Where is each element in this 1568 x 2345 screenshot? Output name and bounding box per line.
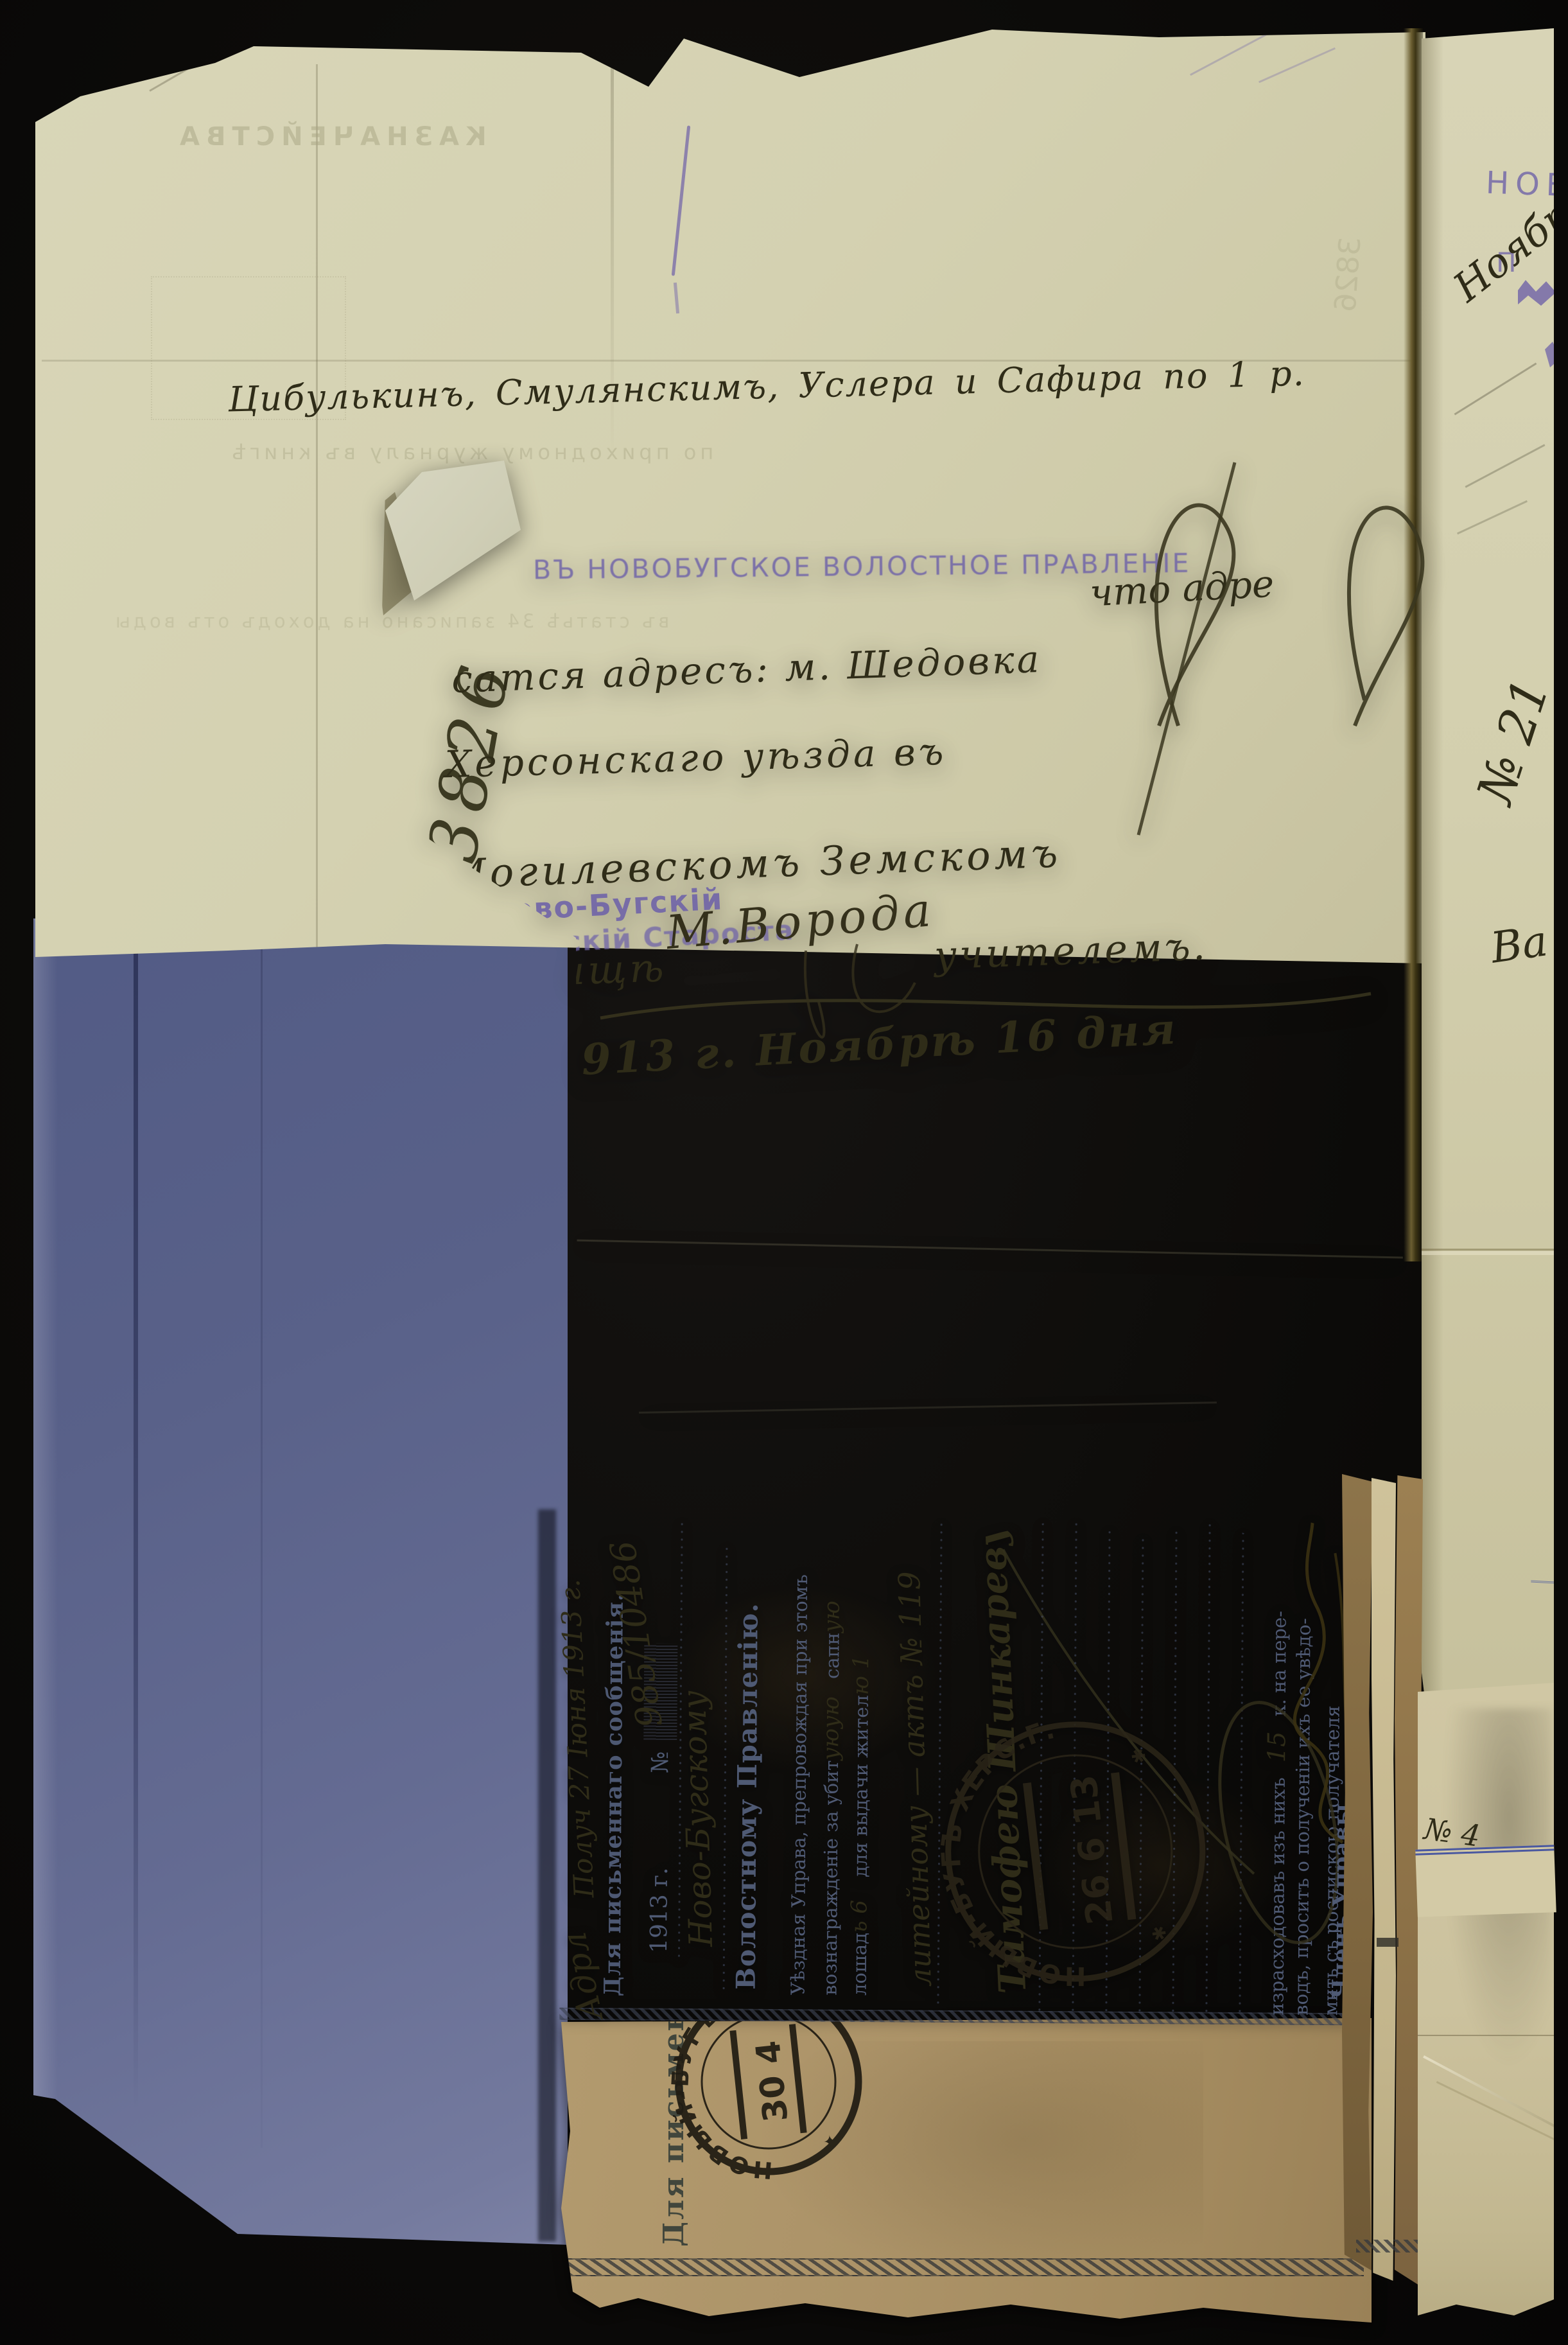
body2-ins-b: ую bbox=[819, 1601, 844, 1633]
body3-print-b: для выдачи жител bbox=[849, 1695, 873, 1877]
card1-body2: вознагражденіе за убитуюую сапную bbox=[817, 1601, 845, 1996]
card1-rotated-content: Адрл Получ 27 Іюня 1913 г. Для письменна… bbox=[552, 1502, 1358, 2035]
folded-strips bbox=[1342, 1474, 1424, 2296]
pencil-scribble-left-2 bbox=[149, 51, 216, 92]
central-paper: 3826 ВЪ НОВОБУГСКОЕ ВОЛОСТНОЕ ПРАВЛЕНІЕ … bbox=[369, 405, 1425, 1554]
card2-border-hatch bbox=[568, 2258, 1364, 2276]
hw-partial-va: Ва bbox=[1488, 916, 1551, 972]
strip-dark-dash bbox=[1377, 1938, 1398, 1947]
svg-text:✱: ✱ bbox=[1148, 1924, 1171, 1942]
svg-text:26 6 13: 26 6 13 bbox=[1063, 1773, 1121, 1927]
hw-line5b: учителемъ. bbox=[934, 924, 1208, 979]
hw-line3: Херсонскаго уѣзда въ bbox=[444, 730, 947, 786]
bleedthrough-title: КАЗНАЧЕЙСТВА bbox=[173, 122, 487, 152]
fold-crease-vertical bbox=[316, 64, 318, 957]
stamp-blot-2 bbox=[1545, 342, 1568, 367]
svg-text:✦: ✦ bbox=[821, 2133, 841, 2149]
stamp-blot bbox=[1518, 280, 1568, 306]
signature-flourish bbox=[645, 906, 966, 1073]
right-paper-seam bbox=[1422, 1249, 1554, 1251]
strip-cream bbox=[1372, 1478, 1396, 2281]
folder-corner-fold bbox=[44, 2084, 256, 2251]
body2-ins-a: ую bbox=[818, 1728, 844, 1761]
bleedthrough-number: 3826 bbox=[1328, 236, 1368, 313]
card1-lined-form: Адрл Получ 27 Іюня 1913 г. Для письменна… bbox=[552, 1502, 1358, 2035]
svg-text:НОВЫЙ-БУГЪ ХЕРС.Г.: НОВЫЙ-БУГЪ ХЕРС.Г. bbox=[921, 1714, 1090, 2006]
archive-photo-scene: КАЗНАЧЕЙСТВА по приходному журналу въ кн… bbox=[0, 0, 1568, 2345]
right-paper: НОВ П Ноябр № 21 Ва bbox=[1422, 28, 1554, 1737]
right-bottom-column bbox=[1418, 1683, 1554, 2325]
card1-addressee-printed: Волостному Правленію. bbox=[731, 1603, 764, 1990]
paper-wrinkle bbox=[388, 1235, 1403, 1258]
ruled-dotline bbox=[723, 1543, 728, 1992]
svg-text:✱: ✱ bbox=[1128, 1747, 1150, 1764]
card1-no-sign: № bbox=[647, 1752, 674, 1773]
body2-print-a: вознагражденіе за убит bbox=[819, 1760, 843, 1995]
column-crease bbox=[1418, 2035, 1554, 2036]
hw-number-21: № 21 bbox=[1467, 672, 1561, 811]
card1-wrap: Адрл Получ 27 Іюня 1913 г. Для письменна… bbox=[553, 1504, 1356, 2032]
column-diagonal-fold-2 bbox=[1436, 2081, 1568, 2150]
pencil-scribble-left bbox=[96, 33, 206, 71]
folder-crease-dark bbox=[134, 921, 138, 2109]
blue-rule-fragment-small bbox=[1531, 1581, 1567, 1591]
card2-brown-form: Для письменнаго НОВЫЙ-БУГЪ 30 4 ✦ bbox=[561, 2016, 1372, 2323]
card1-body3: лошадь 6 для выдачи жителю 1 bbox=[846, 1655, 875, 1996]
card1-body1: Уѣздная Управа, препровождая при этомъ bbox=[787, 1574, 812, 1995]
pencil-marks bbox=[1454, 362, 1537, 415]
hw-line2: сатся адресъ: м. Шедовка bbox=[451, 637, 1042, 701]
strip-hatch-fragment bbox=[1356, 2240, 1418, 2253]
body2-print-b: сапн bbox=[821, 1633, 844, 1679]
central-paper-wrap: 3826 ВЪ НОВОБУГСКОЕ ВОЛОСТНОЕ ПРАВЛЕНІЕ … bbox=[369, 405, 1425, 1554]
pencil-marks-2 bbox=[1465, 444, 1545, 487]
body3-print-a: лошад bbox=[849, 1933, 871, 1996]
card1-year: 1913 г. bbox=[646, 1867, 673, 1953]
corner-fold-crease bbox=[395, 423, 522, 445]
card2-rotated-content: Для письменнаго НОВЫЙ-БУГЪ 30 4 ✦ bbox=[561, 2016, 1372, 2323]
paper-wrinkle-2 bbox=[639, 1401, 1217, 1414]
pencil-scribble-right bbox=[1190, 29, 1276, 76]
strip-brown-1 bbox=[1342, 1474, 1373, 2270]
blue-ruled-fragment bbox=[1415, 1845, 1556, 1917]
right-paper-seam-light bbox=[1422, 1251, 1554, 1255]
pencil-marks-3 bbox=[1457, 500, 1528, 534]
hw-line4: Могилевскомъ Земскомъ bbox=[444, 829, 1062, 897]
card1-received-note: Получ 27 Іюня 1913 г. bbox=[554, 1579, 600, 1899]
card2-wrap: Для письменнаго НОВЫЙ-БУГЪ 30 4 ✦ bbox=[561, 2016, 1372, 2323]
stamp-fragment-nov: НОВ bbox=[1485, 165, 1568, 204]
body3-ins-b: ю 1 bbox=[848, 1655, 874, 1696]
folder-crease-thin bbox=[261, 927, 263, 2148]
card1-addressee-hw: Ново-Бугскому bbox=[675, 1690, 720, 1947]
svg-text:30 4: 30 4 bbox=[749, 2039, 796, 2123]
pencil-scribble-right-2 bbox=[1259, 48, 1336, 83]
purple-ink-stroke-2 bbox=[674, 283, 679, 313]
folder-left-worn-edge bbox=[31, 915, 58, 2261]
body2-ins-a2: ую bbox=[818, 1696, 844, 1728]
purple-ink-stroke bbox=[672, 125, 691, 276]
card1-postmark: НОВЫЙ-БУГЪ ХЕРС.Г. 26 6 13 ✱ ✱ bbox=[921, 1692, 1235, 2005]
body3-ins-a: ь 6 bbox=[846, 1900, 872, 1933]
